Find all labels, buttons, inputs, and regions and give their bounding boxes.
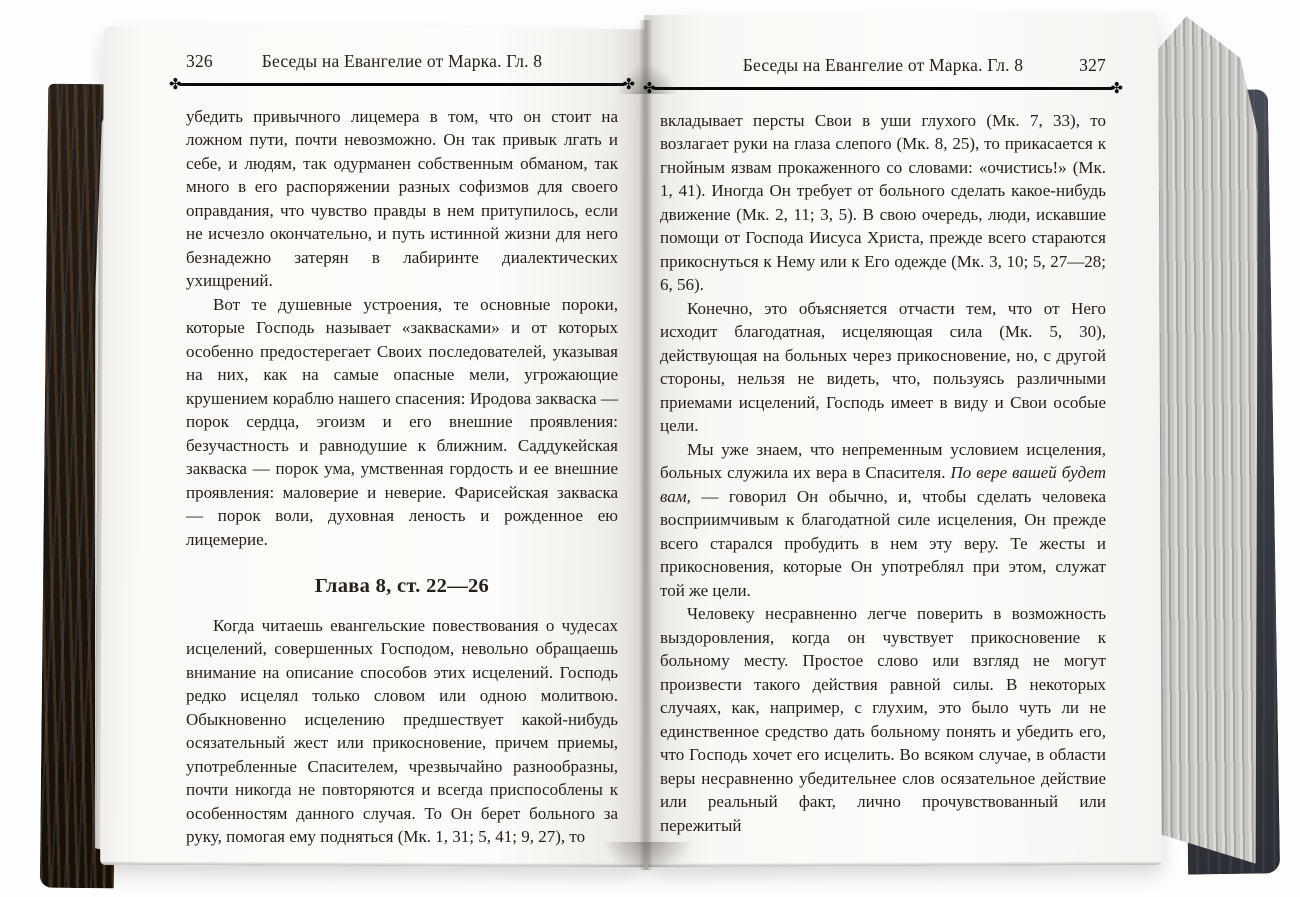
book-gutter-shadow: [639, 20, 653, 870]
paragraph: Человеку несравненно легче поверить в во…: [660, 602, 1106, 837]
page-left-content: 326 Беседы на Евангелие от Марка. Гл. 8 …: [186, 50, 618, 849]
open-book-photo: 326 Беседы на Евангелие от Марка. Гл. 8 …: [0, 0, 1300, 897]
paragraph-text: — говорил Он обычно, и, чтобы сделать че…: [660, 487, 1106, 600]
paragraph: Мы уже знаем, что непременным условием и…: [660, 438, 1106, 603]
paragraph: Конечно, это объясняется отчасти тем, чт…: [660, 297, 1106, 438]
header-rule-right: ✤ ✤: [646, 81, 1120, 97]
paragraph: убедить привычного лицемера в том, что о…: [186, 105, 618, 293]
running-title-right: Беседы на Евангелие от Марка. Гл. 8: [716, 54, 1050, 78]
page-right-header: Беседы на Евангелие от Марка. Гл. 8 327: [660, 54, 1106, 78]
page-left-header: 326 Беседы на Евангелие от Марка. Гл. 8: [186, 50, 618, 74]
running-title-left: Беседы на Евангелие от Марка. Гл. 8: [242, 50, 562, 74]
fleuron-ornament-icon: ✤: [622, 77, 635, 92]
header-rule-left: ✤ ✤: [172, 77, 632, 93]
paragraph: вкладывает персты Свои в уши глухого (Мк…: [660, 109, 1106, 297]
page-number-right: 327: [1050, 54, 1106, 78]
header-rule-line: [179, 83, 626, 86]
page-number-left: 326: [186, 50, 242, 74]
page-right-content: Беседы на Евангелие от Марка. Гл. 8 327 …: [660, 54, 1106, 837]
fleuron-ornament-icon: ✤: [1110, 81, 1123, 96]
paragraph: Вот те душевные устроения, те основные п…: [186, 293, 618, 552]
chapter-heading: Глава 8, ст. 22—26: [186, 575, 618, 599]
header-rule-line: [653, 87, 1114, 90]
paragraph: Когда читаешь евангельские повествования…: [186, 614, 618, 849]
